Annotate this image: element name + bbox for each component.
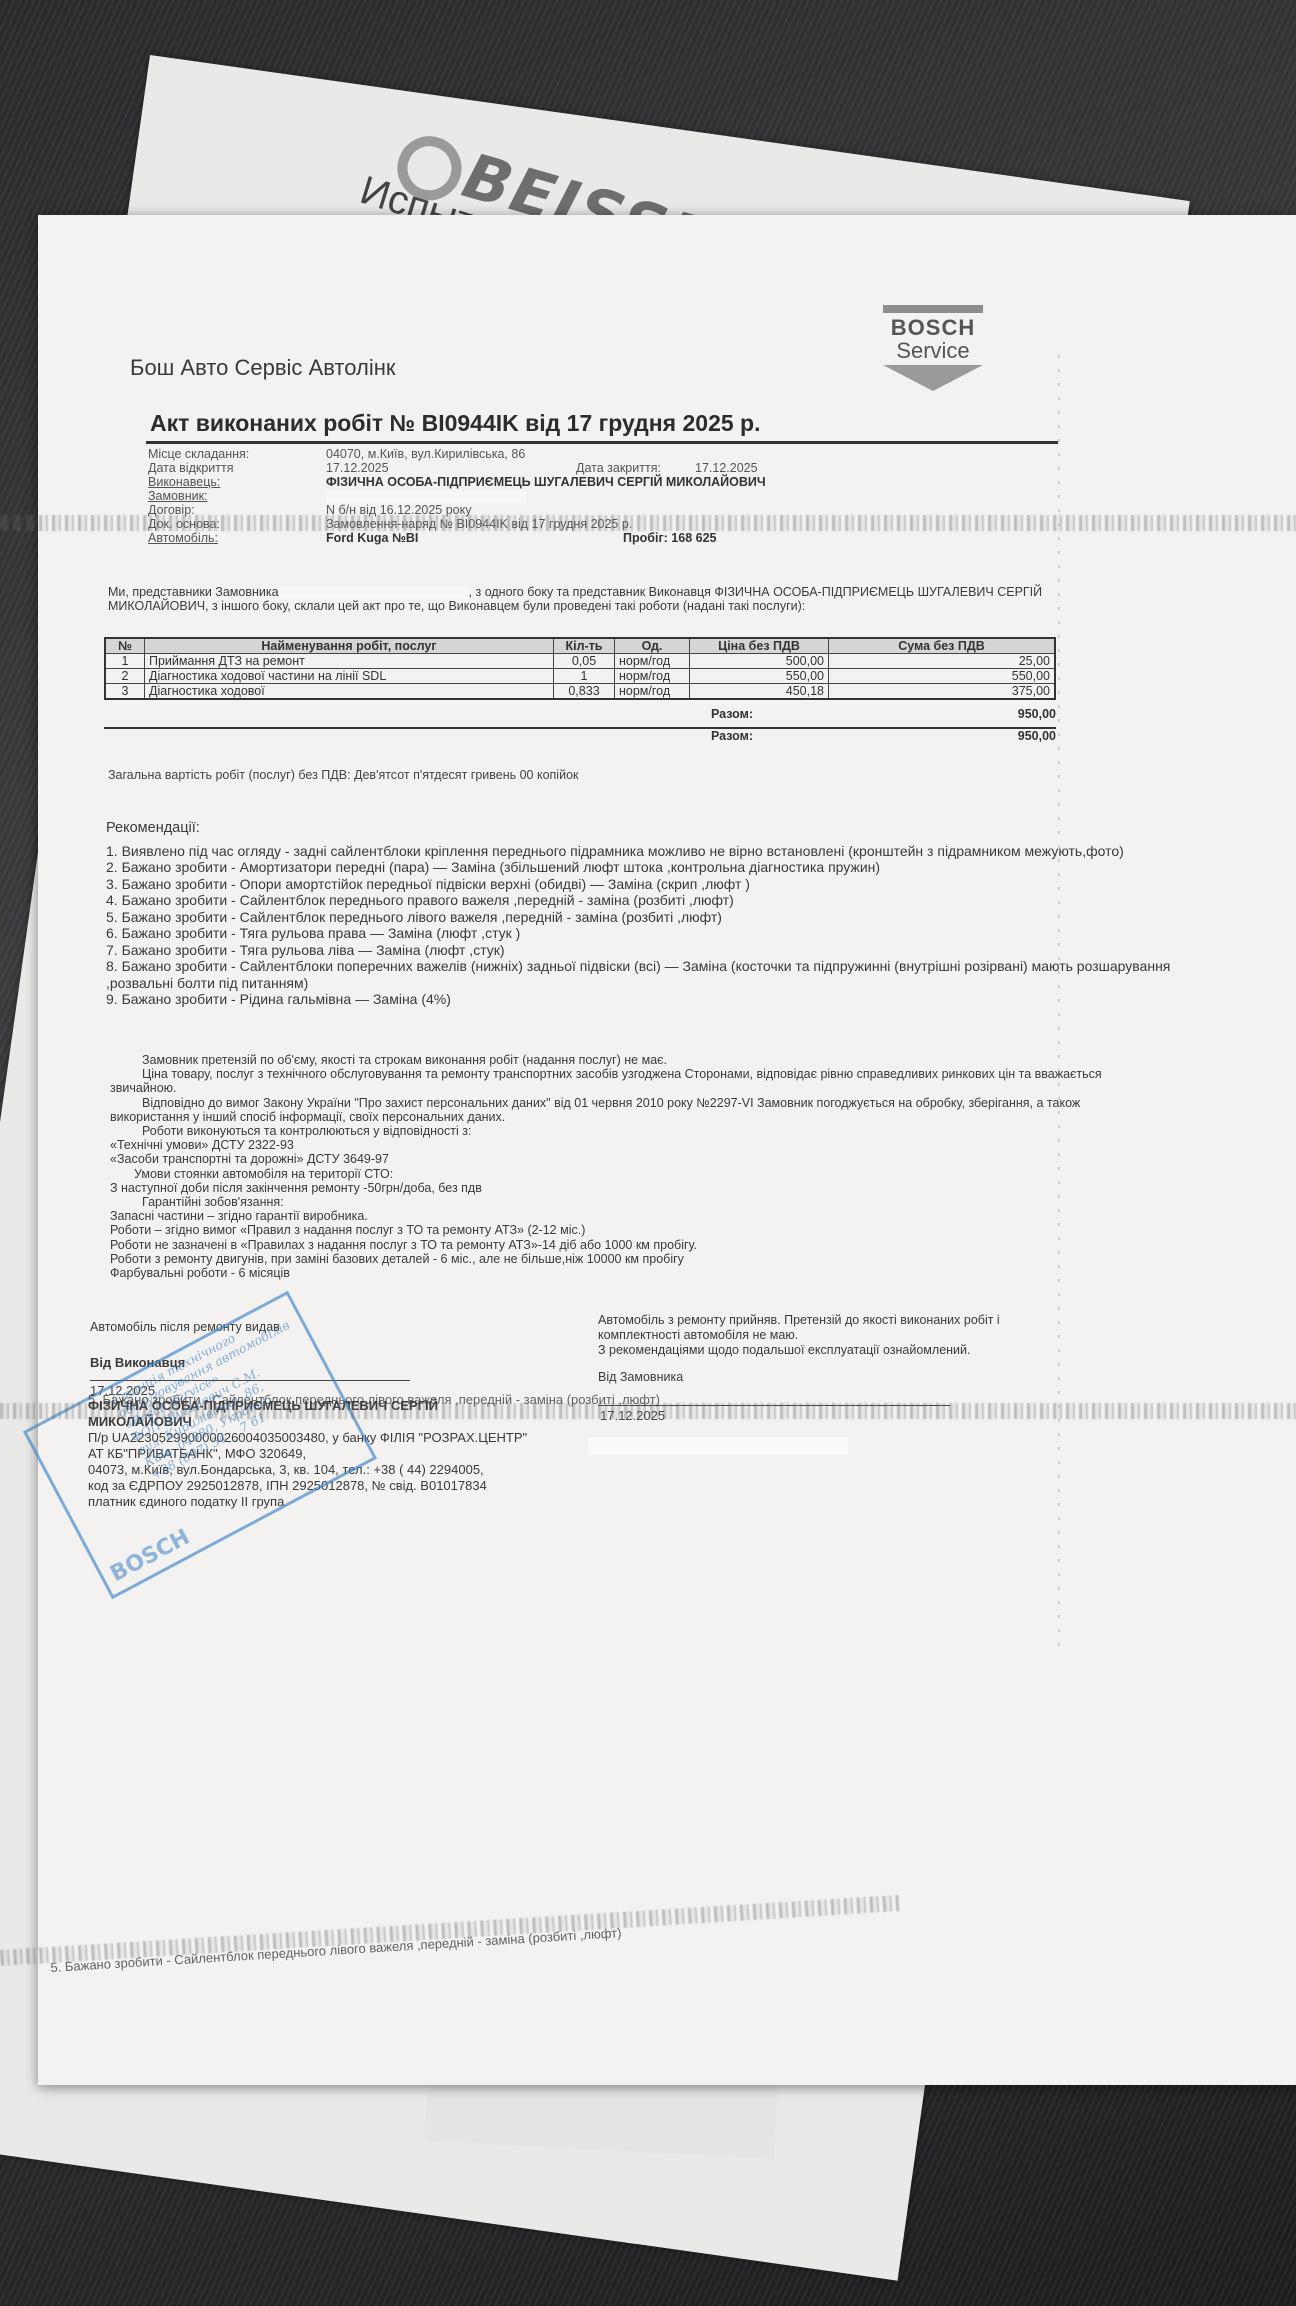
works-table-header: № Найменування робіт, послуг Кіл-ть Од. … [105, 638, 1055, 654]
bosch-service-logo: BOSCH Service [883, 305, 983, 391]
works-table: № Найменування робіт, послуг Кіл-ть Од. … [104, 637, 1056, 700]
close-date: 17.12.2025 [695, 461, 758, 475]
table-row: 2 Діагностика ходової частини на лінії S… [105, 669, 1055, 684]
total-value: 950,00 [1018, 707, 1056, 721]
recommendations-heading: Рекомендації: [106, 820, 1236, 837]
grand-total-value: 950,00 [1018, 729, 1056, 743]
recommendation-item: 5. Бажано зробити - Сайлентблок передньо… [106, 909, 1236, 926]
works-totals: Разом:950,00 Разом:950,00 [104, 707, 1056, 745]
table-row: 3 Діагностика ходової 0,833 норм/год 450… [105, 684, 1055, 700]
stamp-bosch-logo: BOSCH [109, 1530, 191, 1583]
open-date: 17.12.2025 [326, 461, 389, 475]
company-stamp: Станція технічного обслуговування автомо… [23, 1291, 377, 1600]
recommendation-item: 2. Бажано зробити - Амортизатори передні… [106, 859, 1236, 876]
recommendation-item: 8. Бажано зробити - Сайлентблоки попереч… [106, 958, 1236, 991]
recommendations: Рекомендації: 1. Виявлено під час огляду… [106, 820, 1236, 1008]
total-in-words: Загальна вартість робіт (послуг) без ПДВ… [108, 768, 579, 782]
customer-acceptance: Автомобіль з ремонту прийняв. Претензій … [598, 1313, 1078, 1385]
printer-smear-top [0, 515, 1296, 531]
customer-details-redacted [588, 1437, 848, 1455]
recommendation-item: 7. Бажано зробити - Тяга рульова ліва — … [106, 942, 1236, 959]
recommendation-item: 4. Бажано зробити - Сайлентблок передньо… [106, 892, 1236, 909]
recommendation-item: 1. Виявлено під час огляду - задні сайле… [106, 843, 1236, 860]
from-customer-label: Від Замовника [598, 1370, 1078, 1385]
recommendation-item: 6. Бажано зробити - Тяга рульова права —… [106, 925, 1236, 942]
act-intro-text: Ми, представники Замовника, з одного бок… [108, 585, 1078, 613]
recommendation-item: 9. Бажано зробити - Рідина гальмівна — З… [106, 991, 1236, 1008]
title-divider [146, 441, 1058, 444]
table-row: 1 Приймання ДТЗ на ремонт 0,05 норм/год … [105, 654, 1055, 669]
bosch-armature-icon [883, 365, 983, 391]
act-document: Бош Авто Сервіс Автолінк BOSCH Service А… [38, 215, 1296, 2085]
company-name: Бош Авто Сервіс Автолінк [130, 355, 396, 381]
customer-name-redacted [326, 489, 526, 503]
mileage: Пробіг: 168 625 [623, 531, 716, 545]
car-value: Ford Kuga №BI [326, 531, 418, 545]
redacted-customer [279, 587, 469, 599]
legal-terms: Замовник претензій по об'єму, якості та … [110, 1053, 1130, 1280]
executor-name: ФІЗИЧНА ОСОБА-ПІДПРИЄМЕЦЬ ШУГАЛЕВИЧ СЕРГ… [326, 475, 766, 489]
document-title: Акт виконаних робіт № BI0944IK від 17 гр… [150, 410, 760, 437]
place-value: 04070, м.Київ, вул.Кирилівська, 86 [326, 447, 525, 461]
smear-text-mid: 5. Бажано зробити - Сайлентблок передньо… [88, 1392, 660, 1407]
recommendation-item: 3. Бажано зробити - Опори амортстійок пе… [106, 876, 1236, 893]
